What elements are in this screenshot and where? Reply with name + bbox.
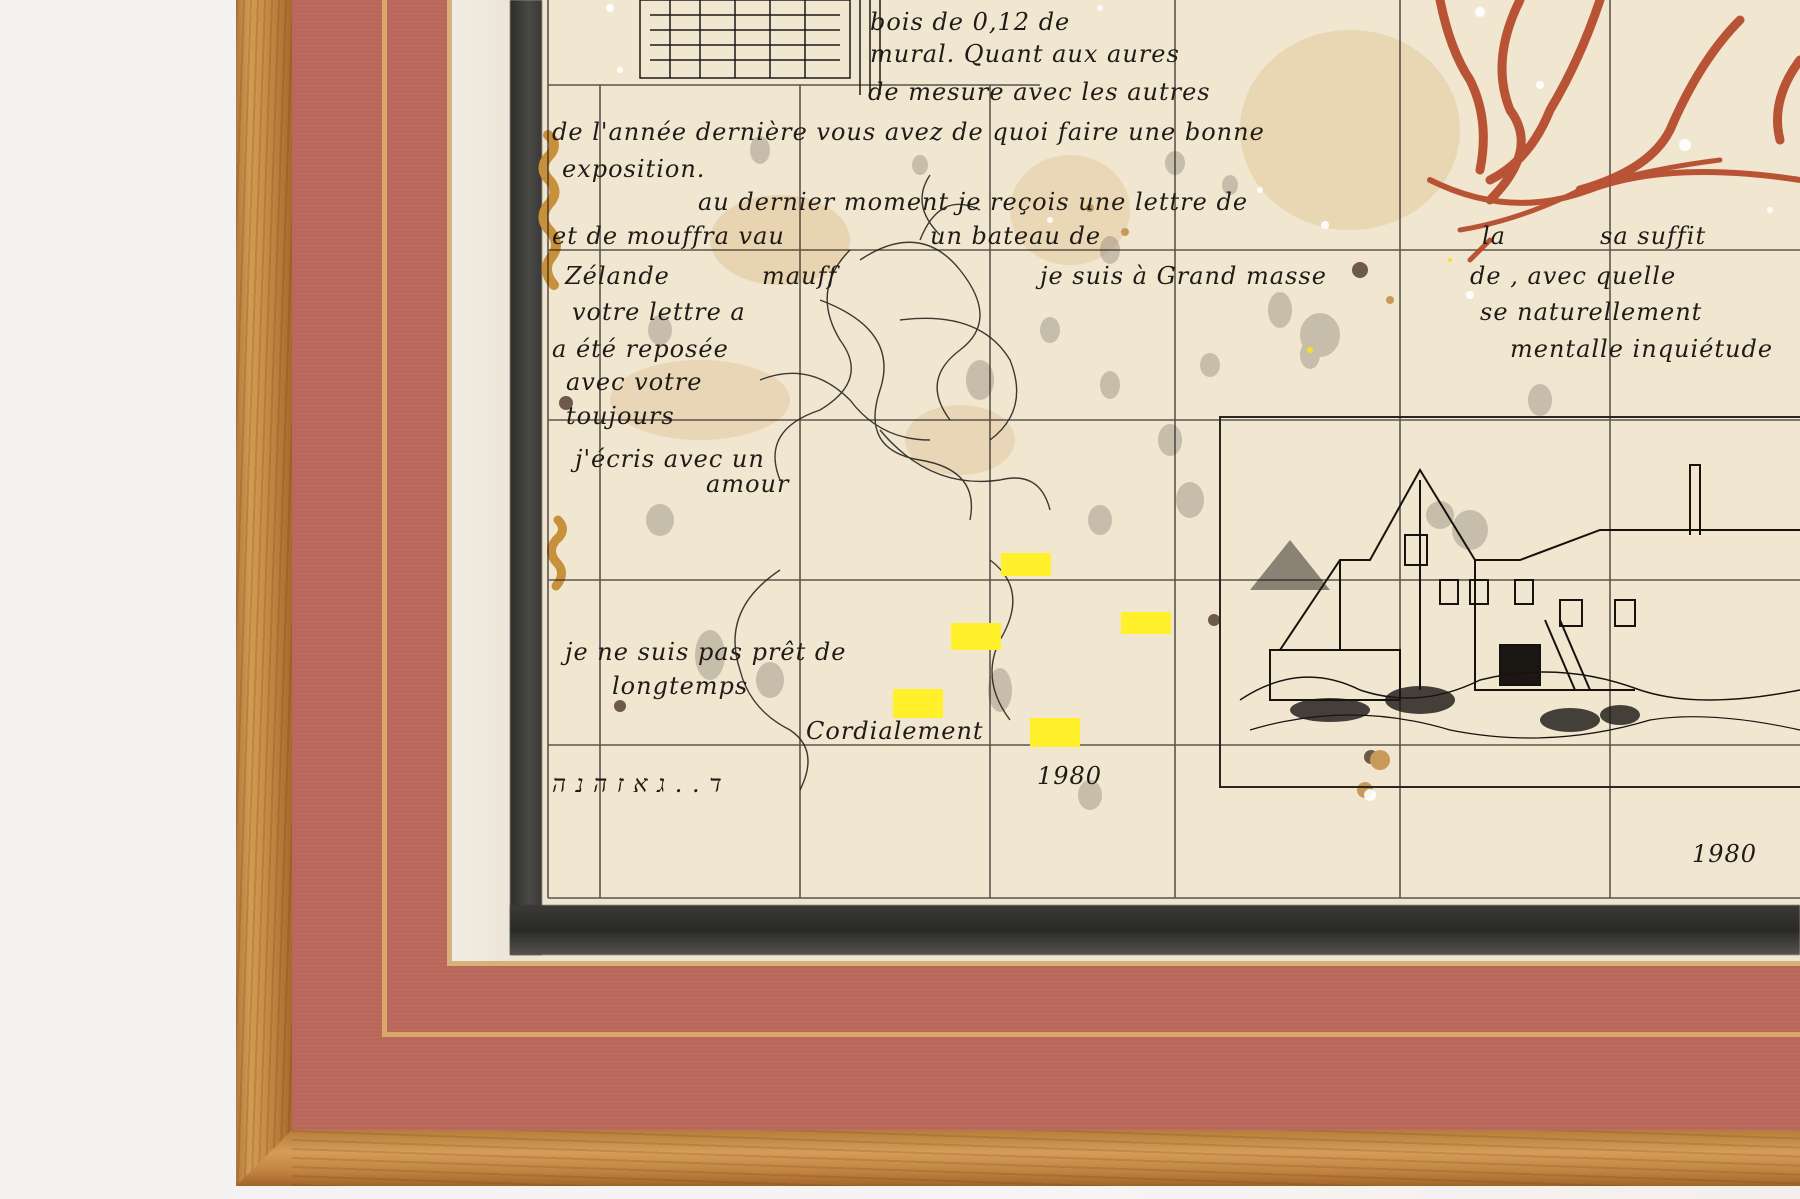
yellow-highlight-5 — [1030, 718, 1080, 747]
handwriting-line: se naturellement — [1480, 298, 1702, 326]
handwriting-line: et de mouffra vau — [552, 222, 785, 250]
handwriting-line: Cordialement — [806, 717, 984, 745]
handwriting-line: de l'année dernière vous avez de quoi fa… — [552, 118, 1265, 146]
handwriting-line: avec votre — [566, 368, 702, 396]
yellow-highlight-4 — [893, 689, 943, 718]
yellow-highlight-3 — [951, 623, 1001, 650]
date-inscription: 1980 — [1037, 762, 1102, 790]
handwriting-line: exposition. — [562, 155, 705, 183]
handwriting-line: je suis à Grand masse — [1040, 262, 1327, 290]
handwriting-line: sa suffit — [1600, 222, 1706, 250]
handwriting-line: amour — [706, 470, 789, 498]
handwriting-line: toujours — [566, 402, 675, 430]
handwriting-line: j'écris avec un — [575, 445, 765, 473]
handwriting-line: au dernier moment je reçois une lettre d… — [698, 188, 1248, 216]
handwriting-line: longtemps — [612, 672, 748, 700]
handwriting-line: mauff — [762, 262, 837, 290]
handwriting-line: de mesure avec les autres — [868, 78, 1211, 106]
yellow-highlight-1 — [1001, 553, 1051, 576]
hebrew-inscription: ד . . ג א ז ה נ ה — [552, 770, 723, 799]
wood-grain-bottom — [292, 1130, 1800, 1186]
handwriting-line: un bateau de — [930, 222, 1101, 250]
date-inscription-right: 1980 — [1692, 840, 1757, 868]
yellow-highlight-2 — [1121, 612, 1171, 634]
handwriting-line: bois de 0,12 de — [870, 8, 1070, 36]
handwriting-line: votre lettre a — [572, 298, 746, 326]
handwriting-line: la — [1482, 222, 1506, 250]
handwriting-line: mural. Quant aux aures — [870, 40, 1180, 68]
handwriting-line: de , avec quelle — [1470, 262, 1676, 290]
handwriting-line: a été reposée — [552, 335, 729, 363]
handwriting-line: Zélande — [565, 262, 670, 290]
handwriting-line: mentalle inquiétude — [1510, 335, 1773, 363]
wood-grain-left — [236, 0, 292, 1186]
handwriting-line: je ne suis pas prêt de — [565, 638, 846, 666]
